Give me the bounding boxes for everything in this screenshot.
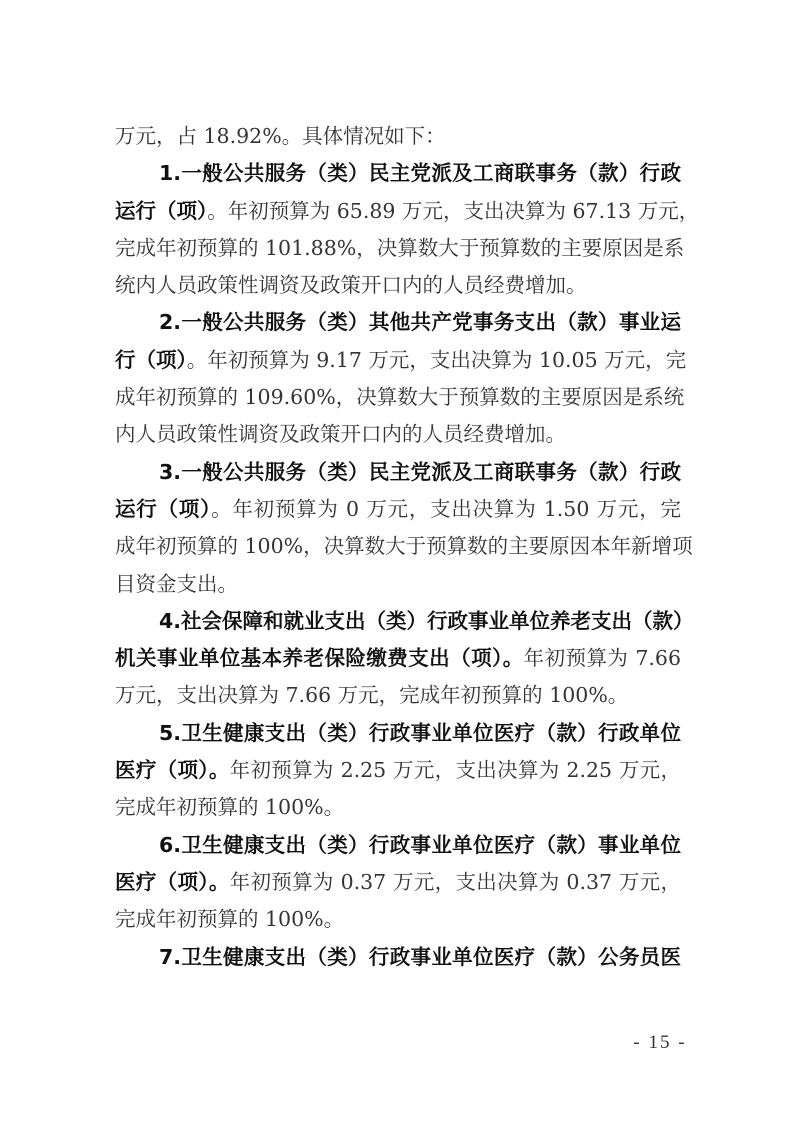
item-2-heading-tail: 行（项） (115, 348, 187, 372)
item-5-line-2: 医疗（项）。年初预算为 2.25 万元，支出决算为 2.25 万元， (115, 752, 681, 789)
item-4-line-1: 4.社会保障和就业支出（类）行政事业单位养老支出（款） (115, 603, 681, 640)
item-6-line-2: 医疗（项）。年初预算为 0.37 万元，支出决算为 0.37 万元， (115, 864, 681, 901)
item-5-paragraph: 5.卫生健康支出（类）行政事业单位医疗（款）行政单位 医疗（项）。年初预算为 2… (115, 715, 681, 827)
item-1-line-2: 运行（项）。年初预算为 65.89 万元，支出决算为 67.13 万元， (115, 193, 681, 230)
item-5-text: 年初预算为 2.25 万元，支出决算为 2.25 万元， (230, 758, 681, 782)
intro-text: 万元，占 18.92%。具体情况如下： (115, 124, 446, 148)
document-page: 万元，占 18.92%。具体情况如下： 1.一般公共服务（类）民主党派及工商联事… (0, 0, 793, 1122)
item-1-line-4: 统内人员政策性调资及政策开口内的人员经费增加。 (115, 267, 681, 304)
item-4-line-3: 万元，支出决算为 7.66 万元，完成年初预算的 100%。 (115, 677, 681, 714)
item-6-line-3: 完成年初预算的 100%。 (115, 901, 681, 938)
item-3-line-3: 成年初预算的 100%，决算数大于预算数的主要原因本年新增项 (115, 528, 681, 565)
item-2-heading: 2.一般公共服务（类）其他共产党事务支出（款）事业运 (159, 310, 681, 334)
item-2-line-4: 内人员政策性调资及政策开口内的人员经费增加。 (115, 416, 681, 453)
item-6-heading: 6.卫生健康支出（类）行政事业单位医疗（款）事业单位 (159, 833, 681, 857)
page-number: - 15 - (620, 1032, 700, 1054)
item-3-text: 成年初预算的 100%，决算数大于预算数的主要原因本年新增项 (115, 534, 693, 558)
item-2-text: 。年初预算为 9.17 万元，支出决算为 10.05 万元，完 (187, 348, 686, 372)
item-2-line-1: 2.一般公共服务（类）其他共产党事务支出（款）事业运 (115, 304, 681, 341)
item-4-text: 年初预算为 7.66 (524, 646, 681, 670)
item-2-text: 成年初预算的 109.60%，决算数大于预算数的主要原因是系统 (115, 385, 684, 409)
item-3-line-1: 3.一般公共服务（类）民主党派及工商联事务（款）行政 (115, 454, 681, 491)
item-6-text: 完成年初预算的 100%。 (115, 907, 344, 931)
item-3-text: 。年初预算为 0 万元，支出决算为 1.50 万元，完 (211, 497, 681, 521)
item-4-text: 万元，支出决算为 7.66 万元，完成年初预算的 100%。 (115, 683, 628, 707)
item-1-text: 统内人员政策性调资及政策开口内的人员经费增加。 (115, 273, 587, 297)
item-3-paragraph: 3.一般公共服务（类）民主党派及工商联事务（款）行政 运行（项）。年初预算为 0… (115, 454, 681, 603)
intro-line: 万元，占 18.92%。具体情况如下： (115, 118, 681, 155)
item-6-paragraph: 6.卫生健康支出（类）行政事业单位医疗（款）事业单位 医疗（项）。年初预算为 0… (115, 827, 681, 939)
document-body: 万元，占 18.92%。具体情况如下： 1.一般公共服务（类）民主党派及工商联事… (115, 118, 681, 976)
item-1-text: 完成年初预算的 101.88%，决算数大于预算数的主要原因是系 (115, 236, 684, 260)
item-2-line-2: 行（项）。年初预算为 9.17 万元，支出决算为 10.05 万元，完 (115, 342, 681, 379)
item-6-text: 年初预算为 0.37 万元，支出决算为 0.37 万元， (230, 870, 681, 894)
item-6-line-1: 6.卫生健康支出（类）行政事业单位医疗（款）事业单位 (115, 827, 681, 864)
item-4-heading-tail: 机关事业单位基本养老保险缴费支出（项）。 (115, 646, 524, 670)
item-5-heading-tail: 医疗（项）。 (115, 758, 230, 782)
item-1-paragraph: 1.一般公共服务（类）民主党派及工商联事务（款）行政 运行（项）。年初预算为 6… (115, 155, 681, 304)
item-3-line-4: 目资金支出。 (115, 566, 681, 603)
item-3-text: 目资金支出。 (115, 572, 238, 596)
item-1-heading: 1.一般公共服务（类）民主党派及工商联事务（款）行政 (159, 161, 681, 185)
item-5-line-1: 5.卫生健康支出（类）行政事业单位医疗（款）行政单位 (115, 715, 681, 752)
item-7-line-1: 7.卫生健康支出（类）行政事业单位医疗（款）公务员医 (115, 939, 681, 976)
item-3-heading: 3.一般公共服务（类）民主党派及工商联事务（款）行政 (159, 460, 681, 484)
item-1-heading-tail: 运行（项） (115, 199, 207, 223)
item-4-line-2: 机关事业单位基本养老保险缴费支出（项）。年初预算为 7.66 (115, 640, 681, 677)
item-1-text: 。年初预算为 65.89 万元，支出决算为 67.13 万元， (207, 199, 699, 223)
item-4-heading: 4.社会保障和就业支出（类）行政事业单位养老支出（款） (159, 609, 694, 633)
item-2-text: 内人员政策性调资及政策开口内的人员经费增加。 (115, 422, 566, 446)
item-7-heading: 7.卫生健康支出（类）行政事业单位医疗（款）公务员医 (159, 945, 681, 969)
item-7-paragraph: 7.卫生健康支出（类）行政事业单位医疗（款）公务员医 (115, 939, 681, 976)
item-1-line-3: 完成年初预算的 101.88%，决算数大于预算数的主要原因是系 (115, 230, 681, 267)
item-1-line-1: 1.一般公共服务（类）民主党派及工商联事务（款）行政 (115, 155, 681, 192)
item-3-heading-tail: 运行（项） (115, 497, 211, 521)
item-6-heading-tail: 医疗（项）。 (115, 870, 230, 894)
item-5-text: 完成年初预算的 100%。 (115, 795, 344, 819)
item-2-paragraph: 2.一般公共服务（类）其他共产党事务支出（款）事业运 行（项）。年初预算为 9.… (115, 304, 681, 453)
item-3-line-2: 运行（项）。年初预算为 0 万元，支出决算为 1.50 万元，完 (115, 491, 681, 528)
item-2-line-3: 成年初预算的 109.60%，决算数大于预算数的主要原因是系统 (115, 379, 681, 416)
item-4-paragraph: 4.社会保障和就业支出（类）行政事业单位养老支出（款） 机关事业单位基本养老保险… (115, 603, 681, 715)
item-5-heading: 5.卫生健康支出（类）行政事业单位医疗（款）行政单位 (159, 721, 681, 745)
item-5-line-3: 完成年初预算的 100%。 (115, 789, 681, 826)
